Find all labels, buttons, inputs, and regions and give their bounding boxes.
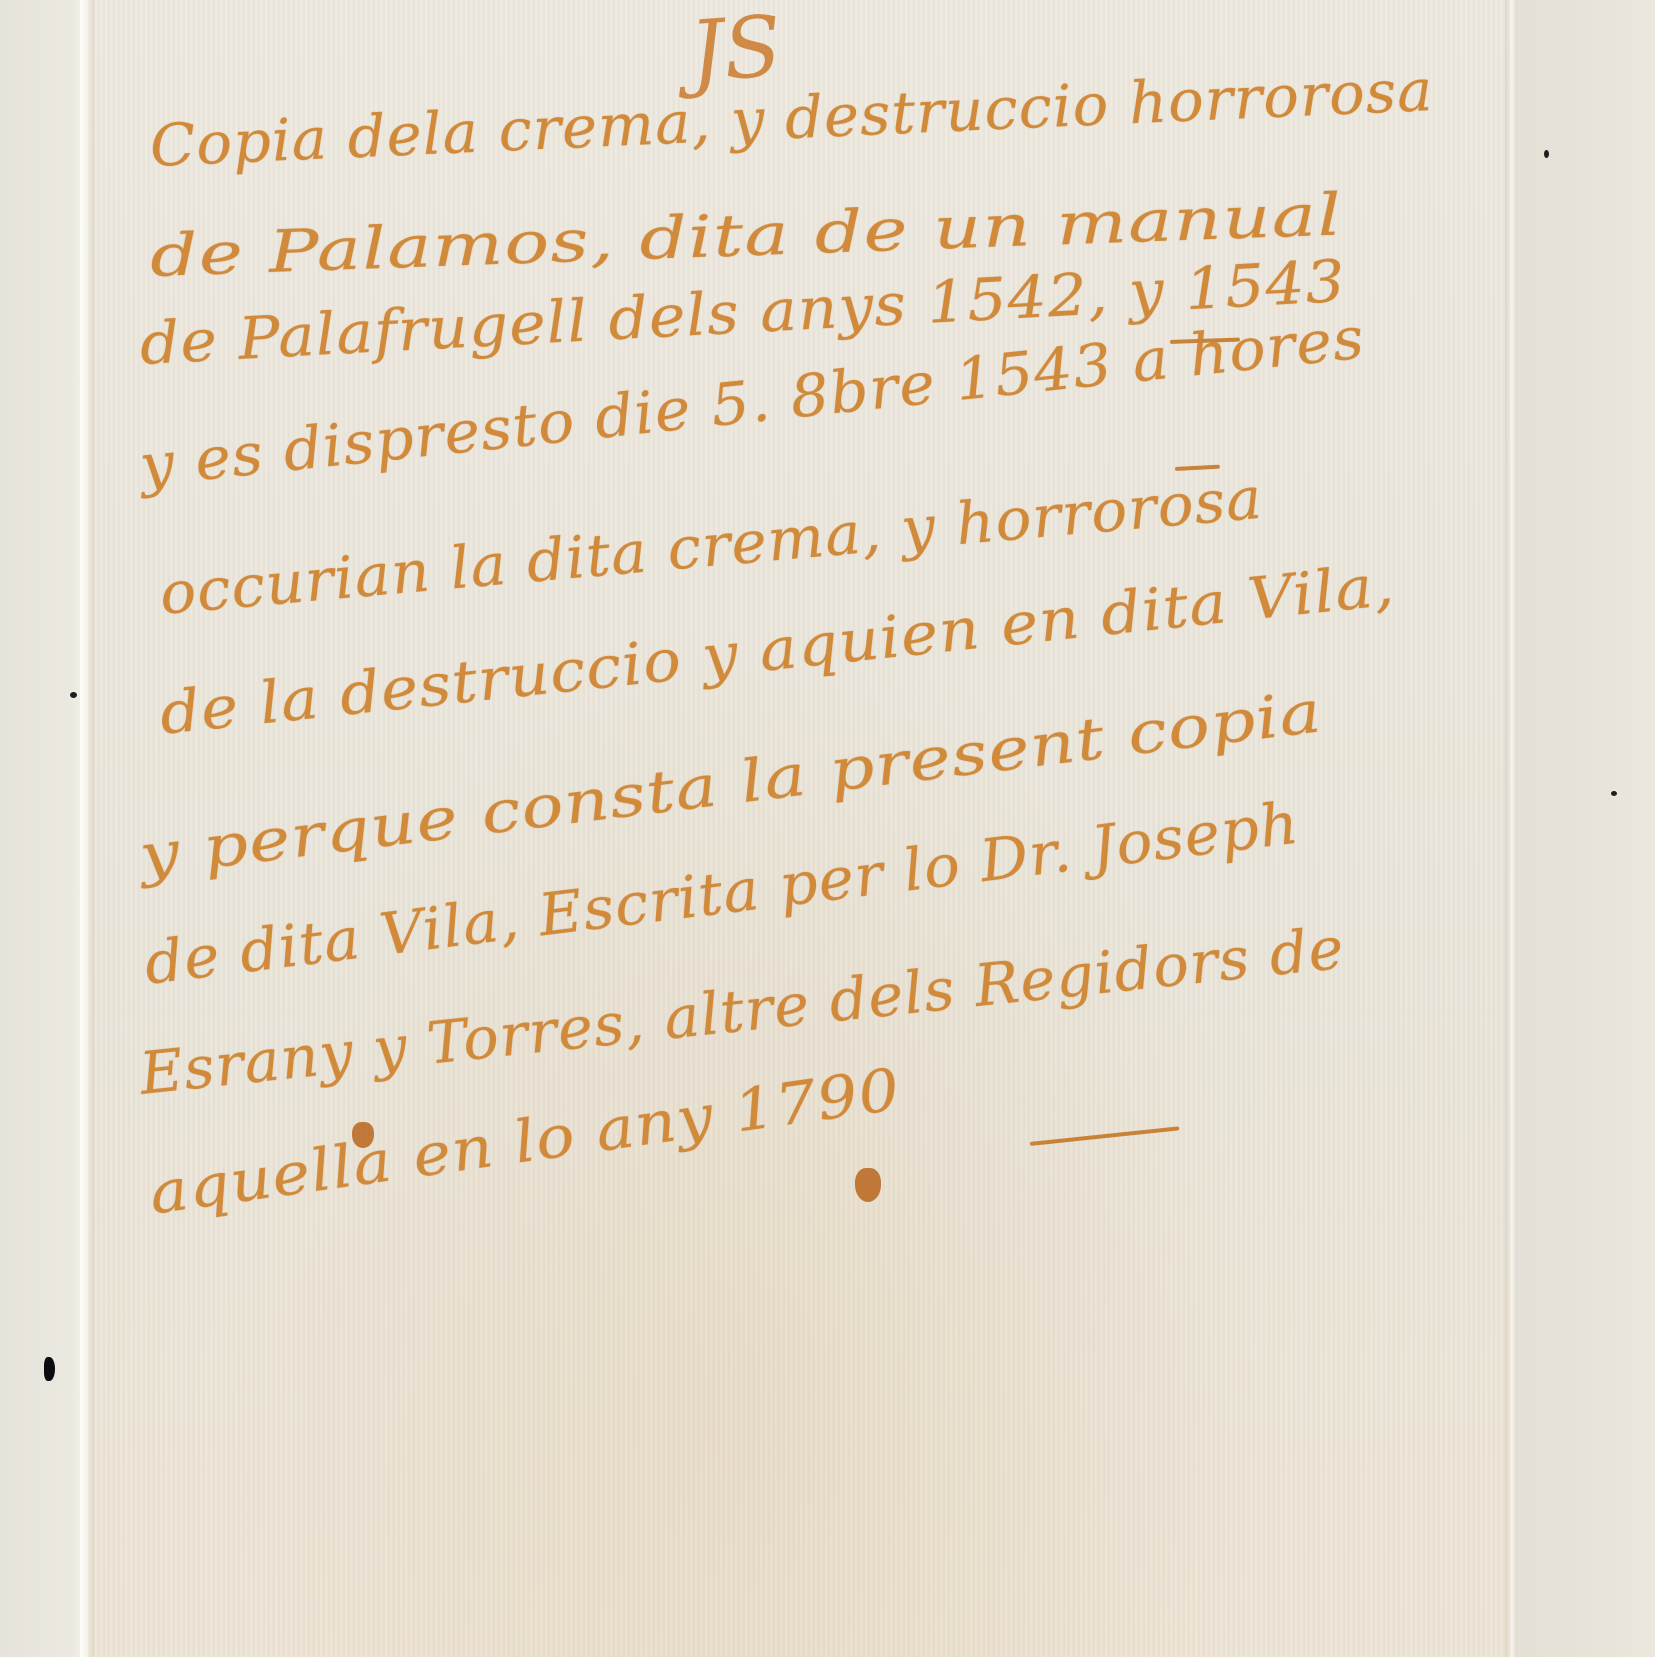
ink-blot [352,1122,374,1148]
manuscript-text: JS Copia dela crema, y destruccio horror… [0,0,1655,1657]
ink-blot [855,1168,881,1202]
year-underline [1030,1126,1180,1146]
manuscript-line-1: Copia dela crema, y destruccio horrorosa [149,56,1435,180]
